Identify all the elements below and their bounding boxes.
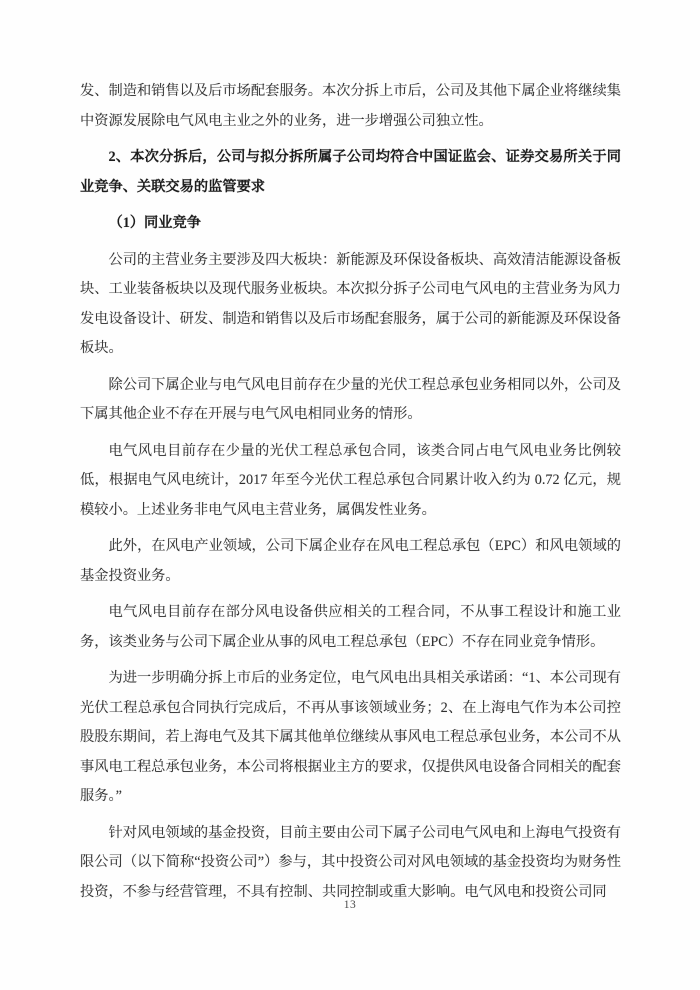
paragraph: 此外，在风电产业领域，公司下属企业存在风电工程总承包（EPC）和风电领域的基金投… [80, 532, 621, 591]
section-heading: 2、本次分拆后，公司与拟分拆所属子公司均符合中国证监会、证券交易所关于同业竞争、… [80, 143, 621, 202]
document-page: 发、制造和销售以及后市场配套服务。本次分拆上市后，公司及其他下属企业将继续集中资… [0, 0, 700, 990]
paragraph: 电气风电目前存在少量的光伏工程总承包合同，该类合同占电气风电业务比例较低，根据电… [80, 437, 621, 526]
subsection-heading: （1）同业竞争 [80, 209, 621, 239]
paragraph: 针对风电领域的基金投资，目前主要由公司下属子公司电气风电和上海电气投资有限公司（… [80, 819, 621, 908]
paragraph: 除公司下属企业与电气风电目前存在少量的光伏工程总承包业务相同以外，公司及下属其他… [80, 371, 621, 430]
page-number: 13 [0, 899, 700, 911]
paragraph: 公司的主营业务主要涉及四大板块：新能源及环保设备板块、高效清洁能源设备板块、工业… [80, 246, 621, 364]
paragraph: 为进一步明确分拆上市后的业务定位，电气风电出具相关承诺函：“1、本公司现有光伏工… [80, 664, 621, 812]
paragraph: 发、制造和销售以及后市场配套服务。本次分拆上市后，公司及其他下属企业将继续集中资… [80, 77, 621, 136]
document-body: 发、制造和销售以及后市场配套服务。本次分拆上市后，公司及其他下属企业将继续集中资… [80, 77, 621, 914]
paragraph: 电气风电目前存在部分风电设备供应相关的工程合同，不从事工程设计和施工业务，该类业… [80, 598, 621, 657]
